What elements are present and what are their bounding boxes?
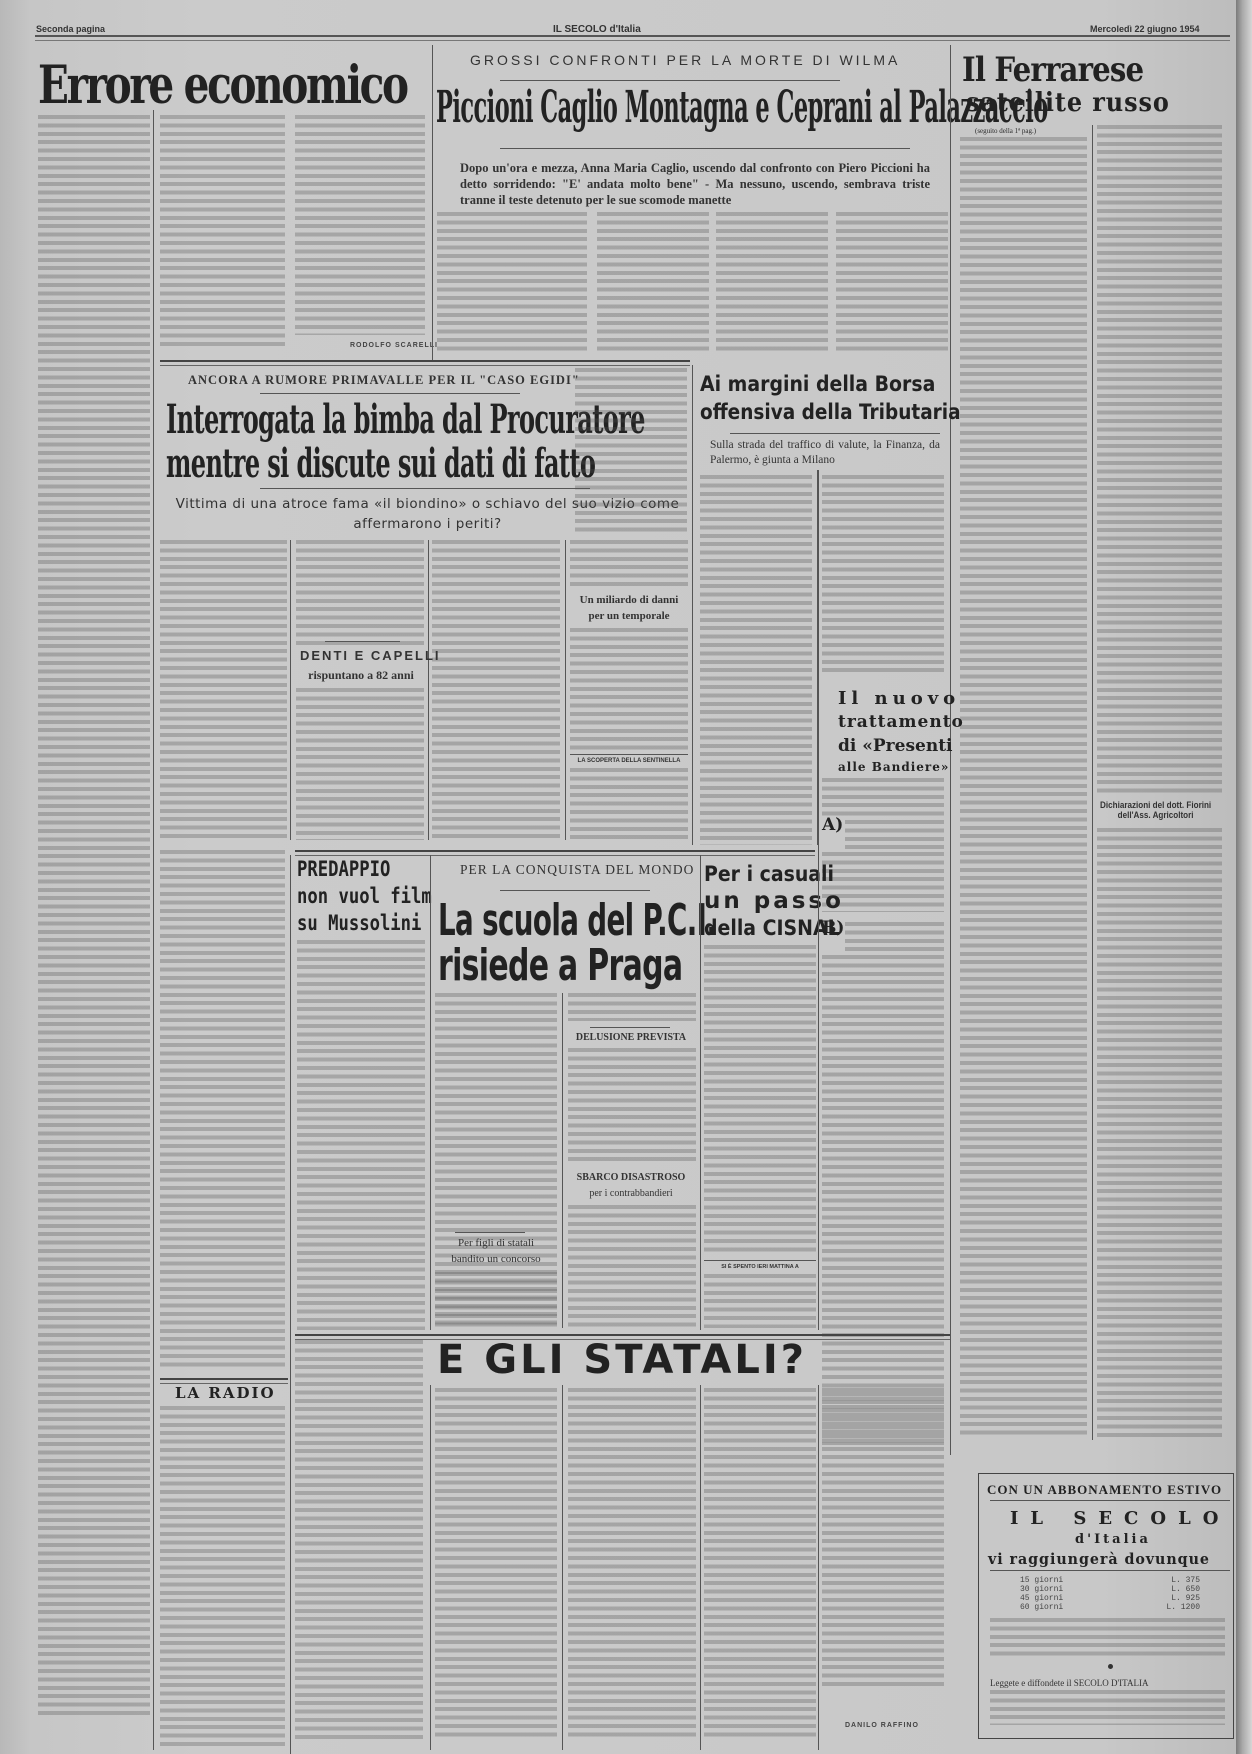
article-left-cont xyxy=(160,850,285,1370)
article-concorso xyxy=(435,1272,557,1328)
article-trattamento-b xyxy=(845,922,944,952)
article-statali-col1 xyxy=(295,1340,423,1740)
article-wilma-col1 xyxy=(437,212,587,352)
headline-miliardo-2: per un temporale xyxy=(568,610,690,622)
article-statali-col5 xyxy=(822,1388,944,1688)
article-borsa-col2 xyxy=(822,475,944,675)
price-row: 45 giorniL. 925 xyxy=(1020,1594,1200,1603)
headline-denti-1: DENTI E CAPELLI xyxy=(300,648,422,663)
headline-borsa-2: offensiva della Tributaria xyxy=(700,400,961,424)
headline-cisnal-1: Per i casuali xyxy=(704,862,834,886)
rule xyxy=(500,80,840,81)
article-egidi-col4 xyxy=(570,540,688,588)
kicker-wilma: GROSSI CONFRONTI PER LA MORTE DI WILMA xyxy=(470,52,900,68)
article-predappio xyxy=(297,940,425,1330)
price-period: 45 giorni xyxy=(1020,1594,1063,1603)
headline-sentinella: LA SCOPERTA DELLA SENTINELLA xyxy=(570,758,688,764)
kicker-egidi: ANCORA A RUMORE PRIMAVALLE PER IL "CASO … xyxy=(188,373,580,388)
subhead-ferrarese: (seguito della 1ª pag.) xyxy=(975,127,1036,135)
article-wilma-col2-cont xyxy=(575,368,687,533)
page-binding-edge xyxy=(1236,0,1252,1754)
headline-predappio-3: su Mussolini xyxy=(297,911,421,935)
rule xyxy=(990,1570,1230,1571)
article-sbarco xyxy=(568,1205,696,1328)
masthead-rule xyxy=(35,35,1230,41)
article-dichiarazioni xyxy=(1097,828,1222,1440)
headline-egidi-2: mentre si discute sui dati di fatto xyxy=(166,440,595,487)
rule xyxy=(730,433,940,434)
article-wilma-col4 xyxy=(836,212,948,352)
headline-denti-2: rispuntano a 82 anni xyxy=(300,668,422,683)
promo-line4: vi raggiungerà dovunque xyxy=(988,1550,1210,1568)
price-table: 15 giorniL. 375 30 giorniL. 650 45 giorn… xyxy=(1020,1576,1200,1612)
price-period: 30 giorni xyxy=(1020,1585,1063,1594)
column-rule xyxy=(562,1385,563,1750)
byline-scarelli: RODOLFO SCARELLI xyxy=(350,342,438,349)
promo-line3: d'Italia xyxy=(1075,1532,1151,1547)
price-period: 15 giorni xyxy=(1020,1576,1063,1585)
price-value: L. 650 xyxy=(1171,1585,1200,1594)
headline-wilma: Piccioni Caglio Montagna e Ceprani al Pa… xyxy=(436,82,1048,133)
article-ferrarese-col2 xyxy=(1097,125,1222,795)
headline-miliardo-1: Un miliardo di danni xyxy=(568,594,690,606)
column-rule xyxy=(428,540,429,840)
headline-ferrarese-1: Il Ferrarese xyxy=(962,50,1143,90)
headline-radio: LA RADIO xyxy=(175,1384,276,1402)
rule xyxy=(570,754,688,755)
article-statali-col2 xyxy=(435,1388,557,1738)
headline-ferrarese-2: satellite russo xyxy=(966,88,1170,118)
column-rule xyxy=(432,45,433,360)
deck-wilma: Dopo un'ora e mezza, Anna Maria Caglio, … xyxy=(460,160,930,208)
headline-trattamento-4: alle Bandiere» xyxy=(838,760,949,774)
headline-pci-1: La scuola del P.C.I. xyxy=(438,895,716,946)
headline-cisnal-2: un passo xyxy=(704,888,844,914)
point-a: A) xyxy=(822,815,843,835)
article-spento xyxy=(704,1274,816,1328)
column-rule xyxy=(562,993,563,1328)
article-cisnal xyxy=(704,945,816,1255)
headline-borsa-1: Ai margini della Borsa xyxy=(700,372,935,396)
price-value: L. 1200 xyxy=(1166,1603,1200,1612)
rule xyxy=(260,393,520,394)
article-radio xyxy=(160,1406,285,1746)
article-errore-col3 xyxy=(295,115,425,335)
headline-statali: E GLI STATALI? xyxy=(437,1337,807,1383)
rule xyxy=(500,890,650,891)
column-rule xyxy=(700,855,701,1330)
deck-borsa: Sulla strada del traffico di valute, la … xyxy=(710,438,940,468)
headline-sbarco-1: SBARCO DISASTROSO xyxy=(566,1172,696,1183)
price-row: 60 giorniL. 1200 xyxy=(1020,1603,1200,1612)
article-wilma-col2 xyxy=(597,212,709,352)
column-rule xyxy=(818,1385,819,1750)
article-ferrarese-col1 xyxy=(960,137,1087,1439)
column-rule xyxy=(818,470,819,1330)
promo-line2: IL SECOLO xyxy=(1010,1508,1230,1529)
article-wilma-col3 xyxy=(716,212,828,352)
column-rule xyxy=(153,110,154,1750)
promo-line1: CON UN ABBONAMENTO ESTIVO xyxy=(987,1482,1222,1498)
article-egidi-col3 xyxy=(432,540,560,840)
column-rule xyxy=(700,1385,701,1750)
article-denti xyxy=(296,688,424,840)
article-statali-col3 xyxy=(568,1388,696,1738)
price-value: L. 925 xyxy=(1171,1594,1200,1603)
article-trattamento-a xyxy=(845,820,944,850)
article-trattamento-intro xyxy=(822,778,944,818)
page-label: Seconda pagina xyxy=(36,24,105,34)
price-row: 30 giorniL. 650 xyxy=(1020,1585,1200,1594)
column-rule xyxy=(692,365,693,845)
promo-footer: Leggete e diffondete il SECOLO D'ITALIA xyxy=(990,1678,1225,1688)
promo-footer-text xyxy=(990,1690,1225,1725)
rule xyxy=(590,1027,670,1028)
byline-raffino: DANILO RAFFINO xyxy=(845,1722,919,1729)
bullet-icon xyxy=(1108,1664,1113,1669)
rule xyxy=(325,641,400,642)
article-delusione xyxy=(568,1048,696,1163)
kicker-pci: PER LA CONQUISTA DEL MONDO xyxy=(460,862,694,878)
article-egidi-col2 xyxy=(296,540,424,645)
headline-trattamento-2: trattamento xyxy=(838,712,964,732)
article-trattamento-cont xyxy=(822,955,944,1445)
article-sentinella xyxy=(570,768,688,840)
headline-predappio-1: PREDAPPIO xyxy=(297,857,390,881)
article-statali-col4 xyxy=(704,1388,816,1738)
section-rule xyxy=(295,850,815,856)
headline-trattamento-3: di «Presenti xyxy=(838,736,953,756)
column-rule xyxy=(430,855,431,1330)
headline-dichiarazioni: Dichiarazioni del dott. Fiorini dell'Ass… xyxy=(1098,800,1213,820)
headline-delusione: DELUSIONE PREVISTA xyxy=(573,1031,690,1043)
article-egidi-col1 xyxy=(160,540,287,840)
article-errore-col2 xyxy=(160,115,285,350)
headline-cisnal-3: della CISNAL xyxy=(704,916,840,940)
rule xyxy=(260,488,590,489)
headline-concorso-1: Per figli di statali xyxy=(435,1237,557,1249)
column-rule xyxy=(565,540,566,840)
issue-date: Mercoledì 22 giugno 1954 xyxy=(1090,24,1200,34)
column-rule xyxy=(430,1385,431,1750)
article-miliardo xyxy=(570,628,688,750)
price-value: L. 375 xyxy=(1171,1576,1200,1585)
article-pci-col2 xyxy=(568,993,696,1021)
headline-errore-economico: Errore economico xyxy=(38,55,407,116)
headline-pci-2: risiede a Praga xyxy=(438,940,682,991)
paper-name: IL SECOLO d'Italia xyxy=(553,24,641,35)
rule xyxy=(500,148,910,149)
headline-sbarco-2: per i contrabbandieri xyxy=(566,1188,696,1199)
column-rule xyxy=(290,855,291,1754)
section-rule xyxy=(160,360,690,366)
article-errore-col1 xyxy=(38,115,150,1715)
rule xyxy=(455,1232,525,1233)
headline-egidi-1: Interrogata la bimba dal Procuratore xyxy=(166,396,645,443)
promo-details xyxy=(990,1618,1225,1660)
rule xyxy=(704,1260,816,1261)
headline-predappio-2: non vuol film xyxy=(297,884,432,908)
rule xyxy=(990,1500,1230,1501)
column-rule xyxy=(290,540,291,840)
column-rule xyxy=(1092,125,1093,1440)
headline-concorso-2: bandito un concorso xyxy=(435,1253,557,1265)
price-period: 60 giorni xyxy=(1020,1603,1063,1612)
article-borsa-col1 xyxy=(700,475,812,845)
newspaper-page: Seconda pagina IL SECOLO d'Italia Mercol… xyxy=(0,0,1236,1754)
headline-spento: SI È SPENTO IERI MATTINA A xyxy=(704,1264,816,1270)
price-row: 15 giorniL. 375 xyxy=(1020,1576,1200,1585)
headline-trattamento-1: Il nuovo xyxy=(838,688,960,709)
